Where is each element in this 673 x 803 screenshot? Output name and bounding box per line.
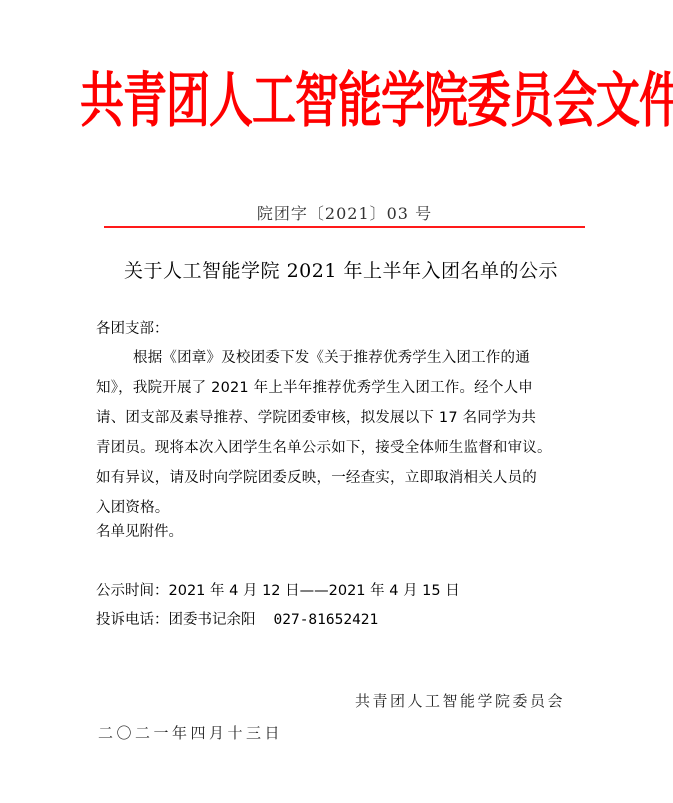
document-page: 共青团人工智能学院委员会文件 院团字〔2021〕03 号 关于人工智能学院 20… (0, 0, 673, 803)
publicity-period-value: 2021 年 4 月 12 日——2021 年 4 月 15 日 (169, 583, 460, 599)
red-divider-line (104, 226, 585, 228)
issuer-signature: 共青团人工智能学院委员会 (355, 690, 565, 711)
salutation: 各团支部： (96, 314, 169, 344)
paragraph-line: 请、团支部及素导推荐、学院团委审核，拟发展以下 17 名同学为共 (96, 403, 586, 433)
complaint-phone-number: 027-81652421 (274, 612, 379, 628)
document-number: 院团字〔2021〕03 号 (104, 201, 585, 224)
complaint-label: 投诉电话： (96, 612, 169, 628)
publicity-period-label: 公示时间： (96, 583, 169, 599)
document-title: 关于人工智能学院 2021 年上半年入团名单的公示 (96, 256, 586, 283)
complaint-contact: 团委书记余阳 (169, 612, 256, 628)
publicity-period: 公示时间：2021 年 4 月 12 日——2021 年 4 月 15 日 (96, 576, 460, 606)
paragraph-line: 根据《团章》及校团委下发《关于推荐优秀学生入团工作的通 (96, 343, 586, 373)
attachment-note: 名单见附件。 (96, 517, 183, 547)
paragraph-line: 知》，我院开展了 2021 年上半年推荐优秀学生入团工作。经个人申 (96, 373, 586, 403)
document-masthead: 共青团人工智能学院委员会文件 (80, 48, 605, 156)
complaint-phone-line: 投诉电话：团委书记余阳027-81652421 (96, 605, 378, 635)
paragraph-line: 如有异议，请及时向学院团委反映，一经查实，立即取消相关人员的 (96, 463, 586, 493)
issue-date: 二〇二一年四月十三日 (98, 722, 283, 743)
body-paragraph: 根据《团章》及校团委下发《关于推荐优秀学生入团工作的通 知》，我院开展了 202… (96, 343, 586, 523)
paragraph-line: 青团员。现将本次入团学生名单公示如下，接受全体师生监督和审议。 (96, 433, 586, 463)
